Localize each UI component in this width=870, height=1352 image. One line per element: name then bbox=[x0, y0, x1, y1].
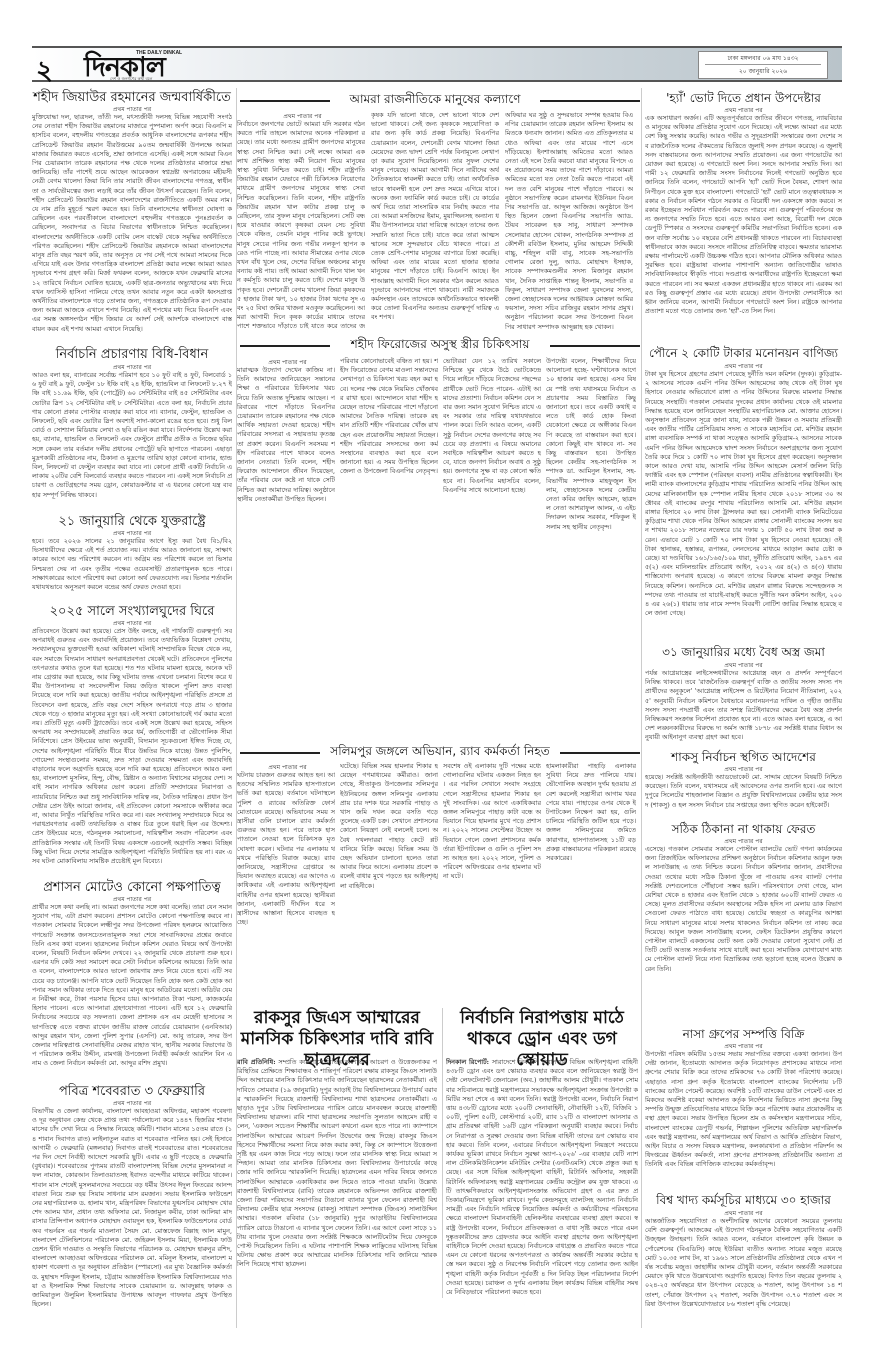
article-body-campaign: আরও বলা হয়, ব্যানারের সর্বোচ্চ পরিমাণ হ… bbox=[32, 371, 232, 509]
article-body-usa: হবে। তবে ২০২৬ সালের ২১ জানুয়ারির আগে ইস… bbox=[32, 537, 232, 601]
article-body-welfare-col1: নির্বাচনে জনগণের ভোটে আমরা যদি সরকার গঠন… bbox=[237, 120, 365, 330]
article-body-admin: প্রার্থীর সঙ্গে কথা বলছি না। আমরা জনগণের… bbox=[32, 903, 232, 1079]
article-body-shabebarat: বিভাগীয় ও জেলা কার্যালয়, বাংলাদেশ আবহা… bbox=[32, 1107, 232, 1325]
article-body-feroz-col2: পরিবার কোনোভাবেই বঞ্চিত না হয়। শহীদ ফির… bbox=[340, 357, 438, 727]
byline: দিনকাল রিপোর্ট: bbox=[446, 1058, 489, 1066]
article-body-arms: পর্যন্ত আগ্নেয়াস্ত্রের লাইসেন্সধারীদের … bbox=[645, 669, 842, 747]
headline-feroz: শহীদ ফিরোজের অসুস্থ স্ত্রীর চিকিৎসায় bbox=[330, 336, 550, 356]
newspaper-tagline: দেশ ও জনগণের কথা বলে bbox=[110, 76, 152, 83]
article-body-feroz-col3: ভোটাররা যেন ১২ তারিখ সকালে নিশ্চিন্তে ঘু… bbox=[443, 357, 541, 727]
masthead: ২ দিনকাল THE DAILY DINKAL দেশ ও জনগণের ক… bbox=[32, 46, 842, 82]
headline-rule bbox=[240, 100, 330, 102]
article-body-feroz-col4: উপদেষ্টা বলেন, শিক্ষার্থীদের নিয়ে আলোচন… bbox=[546, 357, 636, 727]
byline: রাবি প্রতিনিধি: bbox=[237, 1058, 276, 1066]
date-bangla: ঢাকা মঙ্গলবার ০৬ মাঘ ১৪৩২ bbox=[705, 52, 821, 65]
article-body-salimpur-col1: ঘটনায় চারজন গুরুতর আহত হন। আহতদের সম্মি… bbox=[237, 771, 335, 1003]
date-box: ঢাকা মঙ্গলবার ০৬ মাঘ ১৪৩২ ২০ জানুয়ারি ২… bbox=[698, 51, 828, 79]
article-body-salimpur-col4: হামলাকারীরা পাহাড়ি এলাকার সুবিধা নিয়ে … bbox=[546, 762, 636, 1002]
article-body-welfare-col2: কৃষক যদি ভালো থাকে, দেশ ভালো থাকে দেশ ভা… bbox=[371, 111, 499, 331]
article-body-salimpur-col2: ঘটেছে। বিভিন্ন সময় হামলার শিকার হয়েছেন… bbox=[340, 762, 438, 1002]
article-body-shakusu: হয়েছে। সংশ্লিষ্ট আইনজীবী অ্যাডভোকেট মো.… bbox=[645, 773, 842, 819]
headline-salimpur: সলিমপুর জঙ্গলে অভিযান, র‍্যাব কর্মকর্তা … bbox=[320, 743, 560, 763]
article-body-nomination: টাকা ঘুষ হিসেবে গ্রহণের প্রমাণ পেয়েছে দ… bbox=[645, 370, 842, 640]
article-body-nasa: উপদেষ্টা পরিষদ কমিটির ১৫তম সভায় সভাপতির… bbox=[645, 1050, 842, 1190]
article-body-zia: মুক্তিযোদ্ধা দল, ছাত্রদল, তাঁতী দল, মৎস্… bbox=[32, 113, 232, 343]
headline-welfare: আমরা রাজনীতিকে মানুষের কল্যাণে bbox=[330, 91, 540, 111]
article-body-minority: প্রতিবেদনে উল্লেখ করা হয়েছে। প্রেস উইং … bbox=[32, 627, 232, 875]
newspaper-logo-english: THE DAILY DINKAL bbox=[136, 50, 182, 56]
article-body-salimpur-col3: সবশেষ ওই এলাকায় দুটি পক্ষের মধ্যে গোলাগ… bbox=[443, 762, 541, 1002]
article-body-welfare-col3: অফিয়ার ঘর সুষ্ঠু ও সুন্দরভাবে সম্পন্ন হ… bbox=[505, 111, 633, 331]
headline-rule bbox=[560, 752, 640, 754]
article-body-rucsu: রাবি প্রতিনিধি: সম্প্রতি ক্যাম্পাসে বিভি… bbox=[237, 1058, 437, 1298]
headline-rule bbox=[240, 345, 330, 347]
headline-rule bbox=[240, 752, 320, 754]
column-divider bbox=[641, 88, 642, 1328]
article-body-yesvote: এক অসাধারণ অর্জন। এটি অভূতপূর্বভাবে জাতি… bbox=[645, 114, 842, 334]
article-body-drone: দিনকাল রিপোর্ট: সারাদেশে নির্বাচনি নিরাপ… bbox=[446, 1058, 638, 1298]
date-english: ২০ জানুয়ারি ২০২৬ bbox=[699, 65, 827, 78]
article-body-feroz-col1: মারাত্মক উদ্যোগ দেখেন কাজিম না। তিনি আমা… bbox=[237, 366, 335, 726]
headline-rule bbox=[540, 100, 640, 102]
article-body-returned: এসেছে। গতকাল সোমবার সকালে পোস্টাল ব্যালট… bbox=[645, 845, 842, 1023]
column-divider bbox=[442, 1008, 443, 1298]
headline-rule bbox=[550, 345, 640, 347]
article-body-wfp: আন্তর্জাতিক সহযোগিতা ও অংশীদারিত্ব আগের … bbox=[645, 1217, 842, 1317]
